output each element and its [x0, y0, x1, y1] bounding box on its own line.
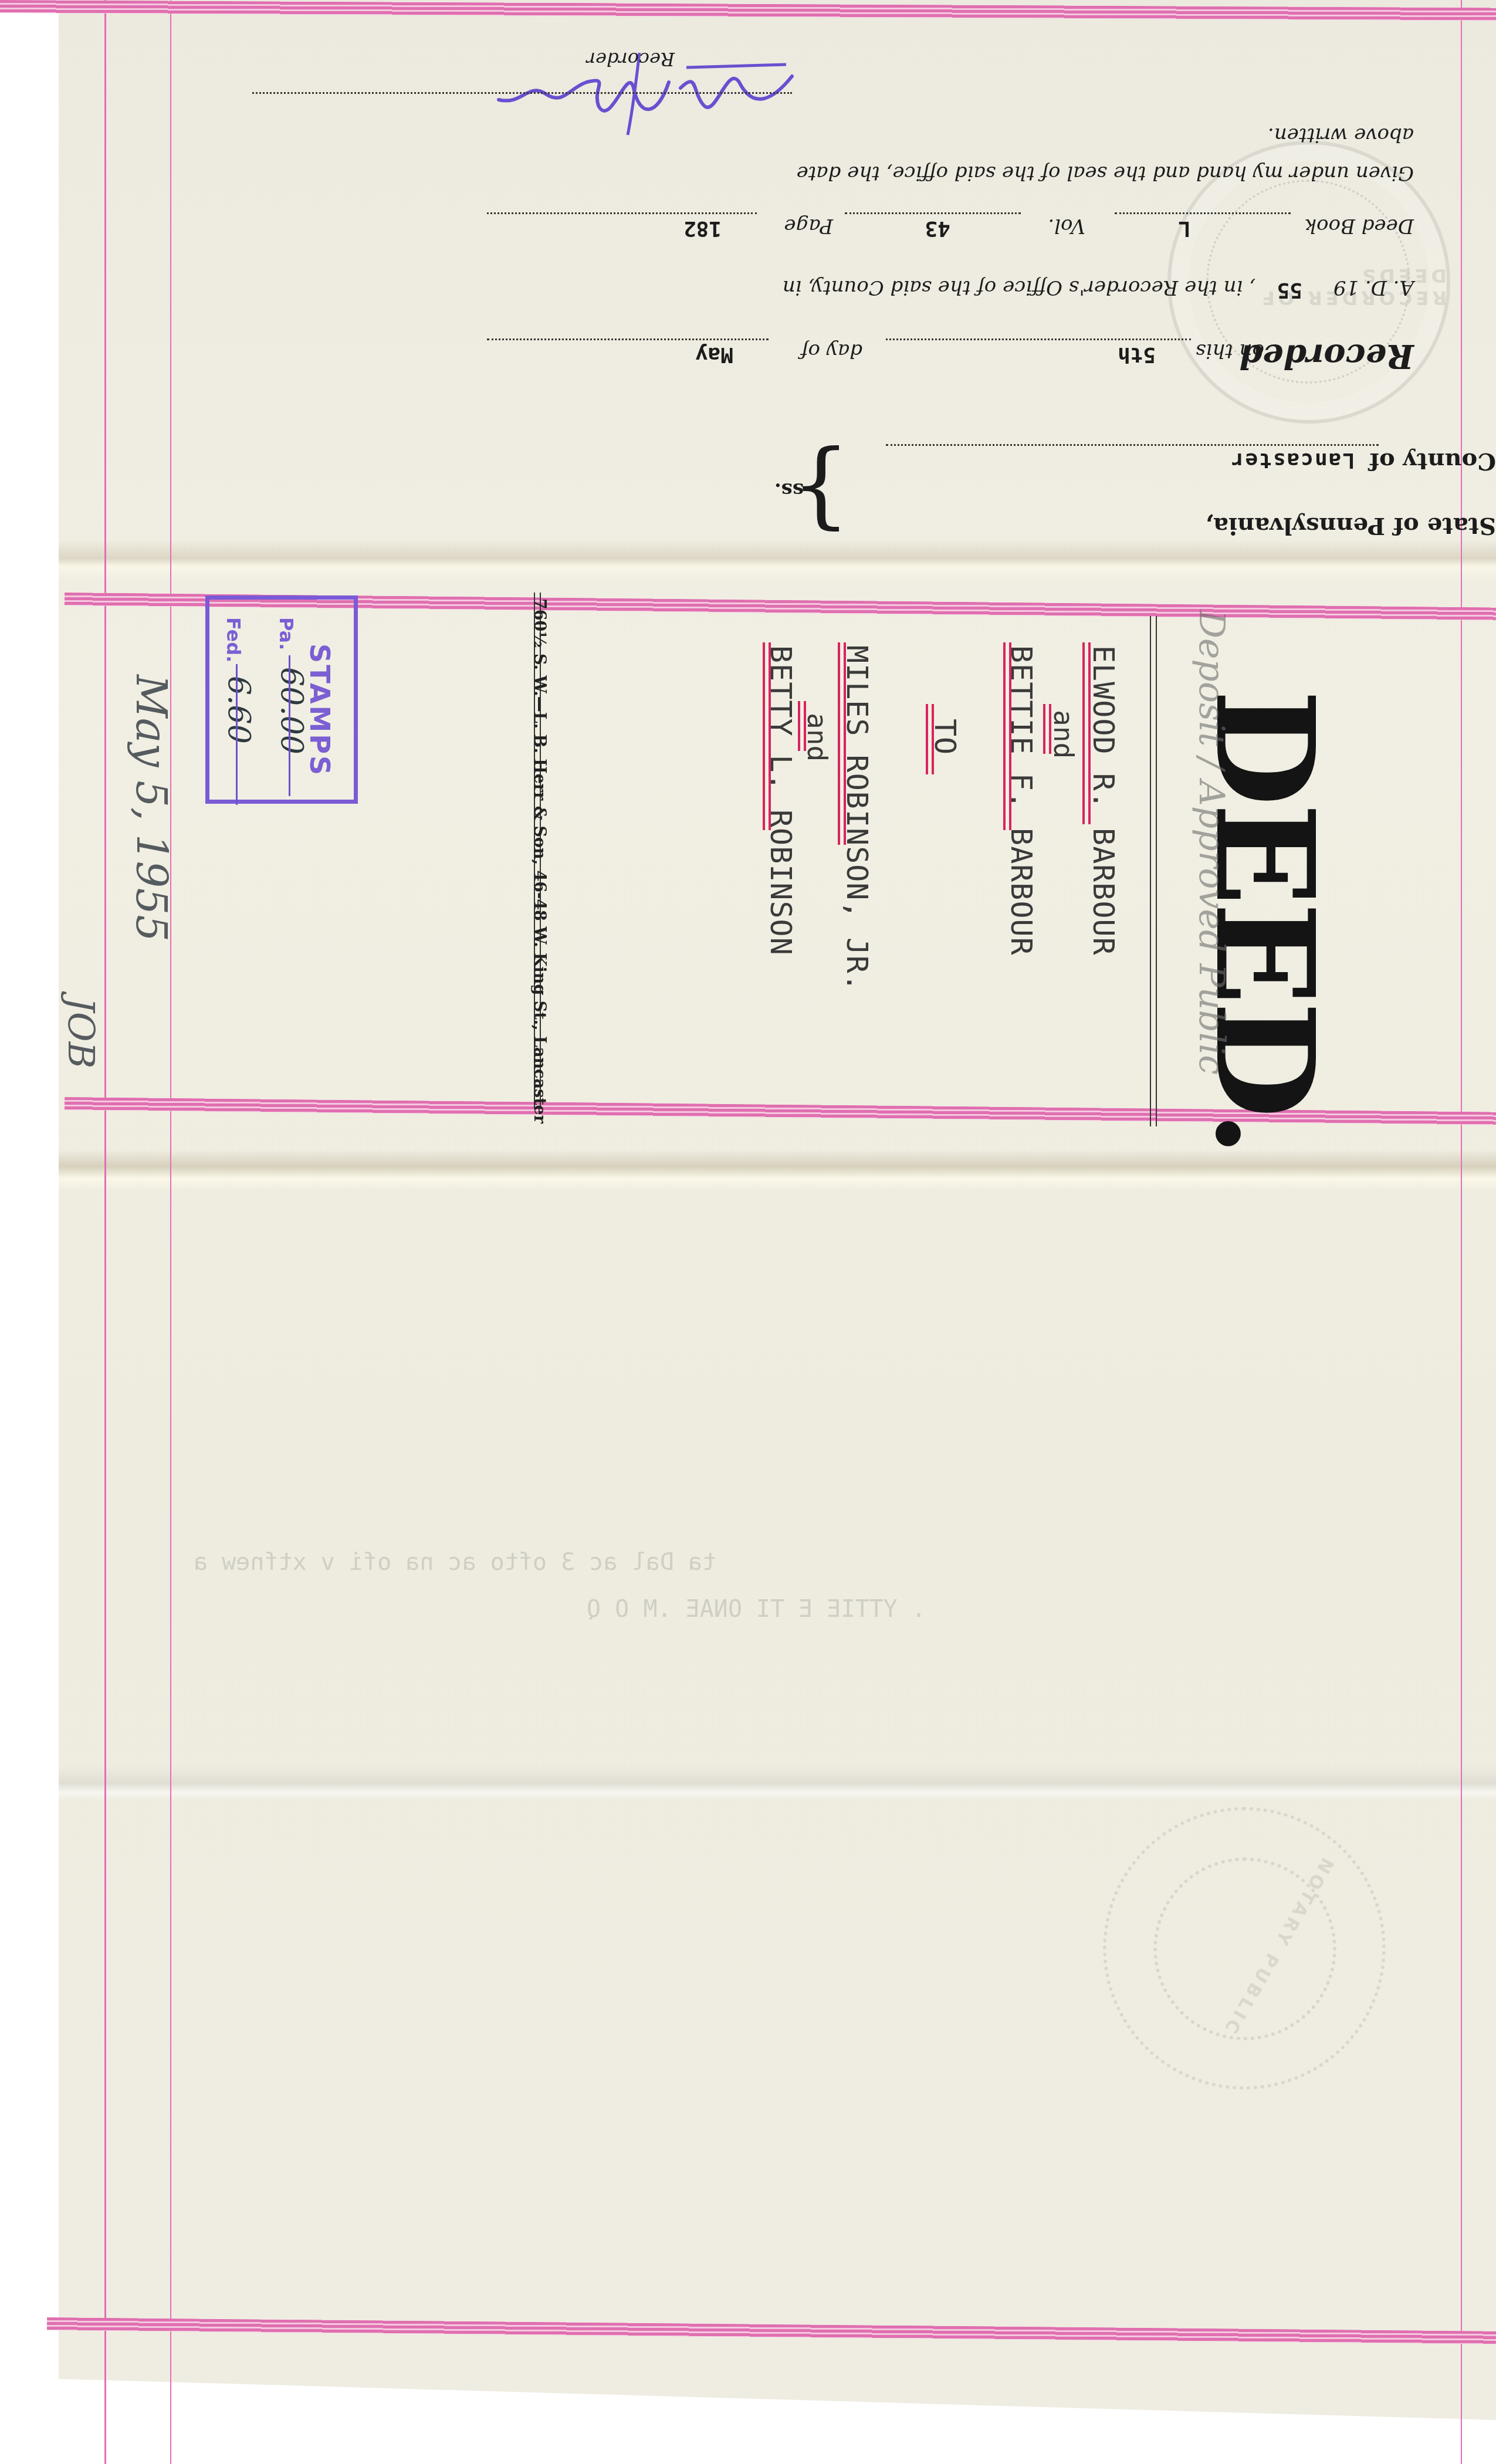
deed-book-value: L	[1178, 216, 1191, 241]
recorded-title: Recorded	[1240, 337, 1414, 375]
margin-rule	[104, 0, 106, 2464]
red-underline	[1049, 704, 1051, 754]
day-of-label: day of	[801, 339, 862, 363]
day-field-line	[886, 339, 1191, 340]
red-underline	[1009, 642, 1011, 830]
on-this-label: on this	[1196, 339, 1264, 363]
printer-imprint: 760½ S. W.—L. B. Herr & Son, 46-48 W. Ki…	[530, 598, 549, 1123]
signature-line	[252, 92, 792, 94]
red-underline	[1043, 704, 1045, 754]
pencil-notation: Deposit / Approved Public	[1191, 610, 1232, 1075]
vol-line	[845, 212, 1021, 214]
stamps-box: STAMPS Pa. 60.00 Fed. 6.60	[205, 595, 358, 804]
fold-crease	[59, 1150, 1496, 1191]
grantor-name: ELWOOD R. BARBOUR	[1087, 645, 1121, 956]
recorded-year: 55	[1277, 278, 1302, 302]
title-double-rule	[1150, 616, 1157, 1126]
ad-prefix: A. D. 19	[1333, 276, 1414, 299]
red-underline	[932, 704, 934, 774]
month-field-line	[487, 339, 769, 340]
recorded-day: 5th	[1118, 343, 1156, 367]
red-underline	[804, 701, 806, 751]
vol-label: Vol.	[1048, 214, 1085, 238]
recorded-month: May	[695, 343, 733, 367]
stamp-pa-value: 60.00	[274, 667, 309, 754]
red-underline	[1082, 642, 1085, 824]
margin-rule	[170, 0, 171, 2464]
page-label: Page	[784, 214, 833, 238]
county-label: County of	[1369, 448, 1496, 475]
stamp-fed-value: 6.60	[221, 676, 256, 744]
recorded-section: State of Pennsylvania, County of Lancast…	[235, 35, 1496, 551]
and-connector: and	[801, 713, 833, 761]
county-value: Lancaster	[1230, 448, 1355, 472]
above-written-text: above written.	[1268, 123, 1414, 147]
stamp-pa-label: Pa.	[275, 617, 297, 650]
red-underline	[798, 701, 800, 751]
recorder-office-text: , in the Recorder's Office of the said C…	[783, 276, 1255, 299]
red-underline	[1003, 642, 1006, 830]
stamp-fed-label: Fed.	[222, 617, 245, 662]
red-underline	[926, 704, 928, 774]
red-underline	[844, 642, 846, 845]
red-underline	[1088, 642, 1091, 824]
red-underline	[763, 642, 765, 830]
notary-seal: NOTARY PUBLIC	[1103, 1807, 1386, 2090]
stamp-pa-line	[289, 655, 290, 796]
handwritten-date: May 5, 1955	[127, 675, 176, 942]
recorder-label: Recorder	[587, 48, 675, 70]
stamp-fed-line	[236, 664, 238, 805]
fold-crease	[59, 1766, 1496, 1801]
deed-book-line	[1115, 212, 1291, 214]
show-through-text: ta Dal ac 3 ofto ac na ofi v xtfnew a	[194, 1549, 716, 1576]
and-connector: and	[1048, 710, 1079, 759]
vol-value: 43	[925, 216, 950, 241]
show-through-text: . YTTIE E TI ONAE .M O Q	[587, 1596, 926, 1623]
deed-book-label: Deed Book	[1304, 214, 1414, 238]
county-field-line	[886, 444, 1379, 446]
handwritten-initials: JOB	[60, 997, 103, 1068]
ss-label: ss.	[774, 478, 804, 502]
red-underline	[838, 642, 840, 845]
given-text: Given under my hand and the seal of the …	[797, 161, 1414, 185]
red-underline	[769, 642, 771, 830]
page-value: 182	[683, 216, 722, 241]
state-label: State of Pennsylvania,	[1205, 512, 1496, 540]
page-line	[487, 212, 757, 214]
